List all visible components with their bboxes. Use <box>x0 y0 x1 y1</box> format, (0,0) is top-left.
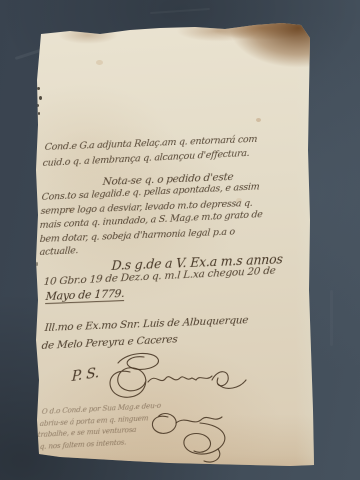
background-scuff <box>150 8 210 14</box>
edge-speck <box>37 87 40 90</box>
edge-speck <box>36 104 39 107</box>
edge-speck <box>38 112 40 115</box>
date-line: Mayo de 1779. <box>45 288 125 304</box>
secondary-signature-flourish: assinatura rubricada com espiral descend… <box>140 405 245 467</box>
photo-of-manuscript: Cond.e G.a adjunta Relaç.am q. entornará… <box>0 0 360 480</box>
addressee-line: Ill.mo e Ex.mo Snr. Luis de Albuquerque <box>44 315 248 333</box>
foxing-spot <box>96 60 103 65</box>
manuscript-page: Cond.e G.a adjunta Relaç.am q. entornará… <box>0 0 360 480</box>
body-line: actualle. <box>39 246 78 257</box>
body-line: bem dotar, q. sobeja d'harmonia legal p.… <box>39 228 235 245</box>
foxing-spot <box>256 118 261 122</box>
edge-speck <box>39 96 42 100</box>
edge-speck <box>36 262 38 266</box>
background-scuff <box>330 290 333 346</box>
margin-note-line: trabalhe, e se mui venturosa <box>38 426 137 438</box>
margin-note-line: q. nos faltem os intentos. <box>40 438 127 450</box>
postscript-mark: P. S. <box>72 366 100 384</box>
